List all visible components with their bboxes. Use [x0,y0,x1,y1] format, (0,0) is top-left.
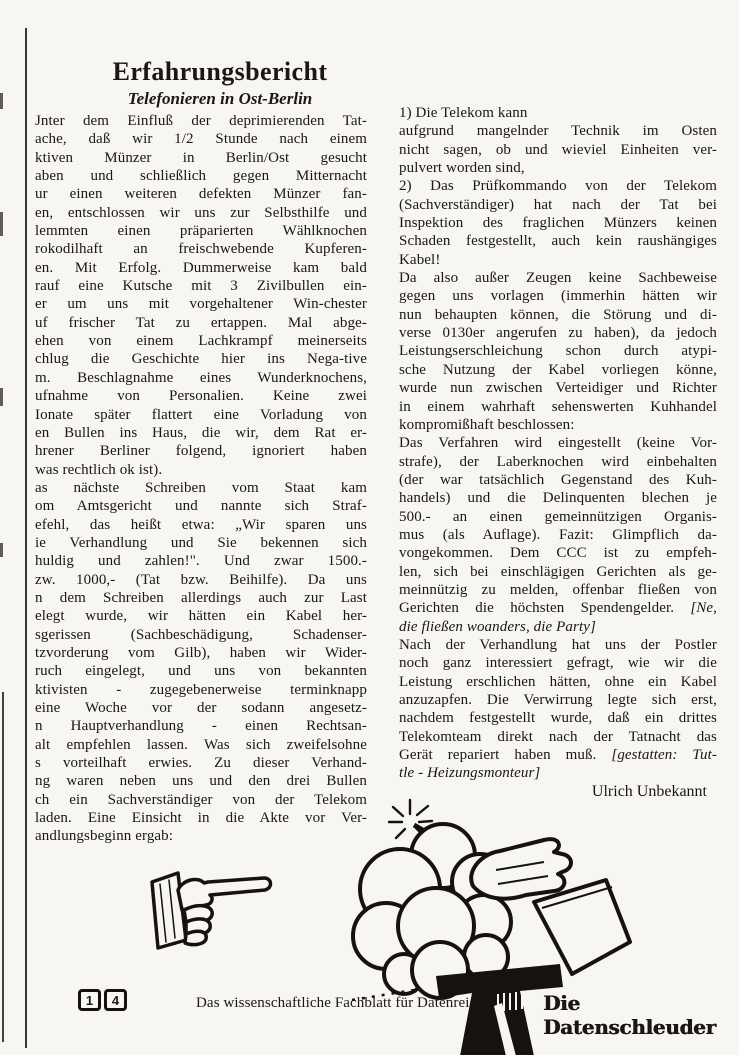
text-line: en, entschlossen wir uns zur Selbsthilfe… [35,204,367,222]
text-line: Inspektion des fraglichen Münzers keinen [399,214,717,232]
text-line: sche Nutzung der Kabel vorliegen könne, [399,361,717,379]
text-line: eine Woche vor der sodann angesetz- [35,699,367,717]
text-line: wurde nun zwischen Verteidiger und Richt… [399,379,717,397]
text-line: Kabel! [399,251,717,269]
text-line: die fließen woanders, die Party] [399,618,717,636]
text-line: (der war tatsächlich Gegenstand des Kuh- [399,471,717,489]
text-line: Ionate später flattert eine Vorladung vo… [35,406,367,424]
text-line: rauf eine Kutsche mit 3 Zivilbullen ein- [35,277,367,295]
text-line: Gerichten die höchsten Spendengelder. [N… [399,599,717,617]
right-column: 1) Die Telekom kannaufgrund mangelnder T… [399,104,717,801]
text-line: gegen uns vorlagen (immerhin hätten wir [399,287,717,305]
text-line: tle - Heizungsmonteur] [399,764,717,782]
text-line: efehl, das heißt etwa: „Wir sparen uns [35,516,367,534]
text-line: ng waren neben uns und den drei Bullen [35,772,367,790]
article-title: Erfahrungsbericht [35,57,367,87]
pointing-hand-icon [138,858,278,958]
text-line: verse 0130er angerufen zu haben), da jed… [399,324,717,342]
text-line: 2) Das Prüfkommando von der Telekom [399,177,717,195]
text-line: len, sich bei einschlägigen Gerichten al… [399,563,717,581]
text-line: ie Verhandlung und Sie bekennen sich [35,534,367,552]
text-line: chlug die Geschichte hier ins Nega-tive [35,350,367,368]
text-line: aufgrund mangelnder Technik im Osten [399,122,717,140]
scan-mark [0,543,3,557]
text-line: s vorteilhaft erwies. Zu dieser Verhand- [35,754,367,772]
scan-mark [0,93,3,109]
text-line: anzuzapfen. Die Verwirrung legte sich er… [399,691,717,709]
scan-edge-line [2,692,4,1042]
text-line: ch ein Sachverständiger von der Telekom [35,791,367,809]
text-line: laden. Eine Einsicht in die Akte vor Ver… [35,809,367,827]
scan-fold-line [25,28,27,1048]
text-line: hrener Berliner folgend, ignoriert haben [35,442,367,460]
page-number: 1 4 [78,989,127,1011]
page-number-digit: 4 [104,989,127,1011]
text-line: as nächste Schreiben vom Staat kam [35,479,367,497]
text-line: andlungsbeginn ergab: [35,827,367,845]
text-line: uf frischer Tat zu ertappen. Mal abge- [35,314,367,332]
text-line: huldig und zahlen!". Und zwar 1500.- [35,552,367,570]
article-subtitle: Telefonieren in Ost-Berlin [35,89,367,109]
text-line: Jnter dem Einfluß der deprimierenden Tat… [35,112,367,130]
text-line: 1) Die Telekom kann [399,104,717,122]
text-line: ktiven Münzer in Berlin/Ost gesucht [35,149,367,167]
text-line: ur einen weiteren defekten Münzer fan- [35,185,367,203]
text-line: Das Verfahren wird eingestellt (keine Vo… [399,434,717,452]
text-line: 500.- an einen gemeinnützigen Organis- [399,508,717,526]
text-line: alt empfehlen lassen. Was sich zweifelso… [35,736,367,754]
text-line: en. Mit Erfolg. Dummerweise kam bald [35,259,367,277]
scan-mark [0,388,3,406]
text-line: zw. 1000,- (Tat bzw. Beihilfe). Da uns [35,571,367,589]
text-line: in einem wahrhaft sehenswerten Kuhhandel [399,398,717,416]
text-line: lemmten einen präparierten Wählknochen [35,222,367,240]
text-line: pulvert worden sind, [399,159,717,177]
text-line: mus (als Auflage). Fazit: Glimpflich da- [399,526,717,544]
text-line: en Bullen ins Haus, die wir, dem Rat er- [35,424,367,442]
magazine-name: Die Datenschleuder [543,991,739,1039]
text-line: rokodilhaft an freischwebende Kupferen- [35,240,367,258]
left-column: Erfahrungsbericht Telefonieren in Ost-Be… [35,57,367,846]
text-line: aben und schließlich gegen Mitternacht [35,167,367,185]
text-line: vongekommen. Dem CCC ist zu empfeh- [399,544,717,562]
text-line: handels) und die Delinquenten blechen je [399,489,717,507]
text-line: Leistung erschlichen hätten, ohne ein Ka… [399,673,717,691]
right-column-text: 1) Die Telekom kannaufgrund mangelnder T… [399,104,717,783]
text-line: sgerissen (Sachbeschädigung, Schadenser- [35,626,367,644]
scan-mark [0,212,3,236]
text-line: Schaden festgestellt, auch kein raushäng… [399,232,717,250]
text-line: strafe), der Laberknochen wird einbehalt… [399,453,717,471]
text-line: nachdem festgestellt wurde, daß ein drit… [399,709,717,727]
text-line: Da also außer Zeugen keine Sachbeweise [399,269,717,287]
text-line: ufnahme von Personalien. Keine zwei [35,387,367,405]
text-line: ache, daß wir 1/2 Stunde nach einem [35,130,367,148]
text-line: kompromißhaft beschlossen: [399,416,717,434]
scanned-document-page: Erfahrungsbericht Telefonieren in Ost-Be… [0,0,739,1055]
text-line: nicht sagen, ob und wieviel Einheiten ve… [399,141,717,159]
text-line: elegt wurde, wir hätten ein Kabel her- [35,607,367,625]
text-line: om Amtsgericht und nannte sich Straf- [35,497,367,515]
text-line: Telekomteam direkt nach der Tatnacht das [399,728,717,746]
left-column-text: Jnter dem Einfluß der deprimierenden Tat… [35,112,367,846]
text-line: Leistungserschleichung schon durch atypi… [399,342,717,360]
text-line: ehen von einem Lachkrampf meinerseits [35,332,367,350]
text-line: ruch eingelegt, und uns von bekannten [35,662,367,680]
text-line: (Sachverständiger) hat nach der Tat bei [399,196,717,214]
page-number-digit: 1 [78,989,101,1011]
text-line: er um uns mit vorgehaltener Win-chester [35,295,367,313]
text-line: was rechtlich ok ist). [35,461,367,479]
text-line: Nach der Verhandlung hat uns der Postler [399,636,717,654]
text-line: m. Beschlagnahme eines Wunderknochens, [35,369,367,387]
text-line: tzvorderung vom Gilb), haben wir Wider- [35,644,367,662]
text-line: n dem Schreiben allerdings auch zur Last [35,589,367,607]
text-line: meinnützig zu melden, offenbar fließen v… [399,581,717,599]
text-line: n Hauptverhandlung - einen Rechtsan- [35,717,367,735]
text-line: Gerät repariert haben muß. [gestatten: T… [399,746,717,764]
text-line: noch ganz interessiert gefragt, wie wir … [399,654,717,672]
text-line: ktivisten - zugegebenerweise terminknapp [35,681,367,699]
text-line: nun behaupten können, die Störung und di… [399,306,717,324]
